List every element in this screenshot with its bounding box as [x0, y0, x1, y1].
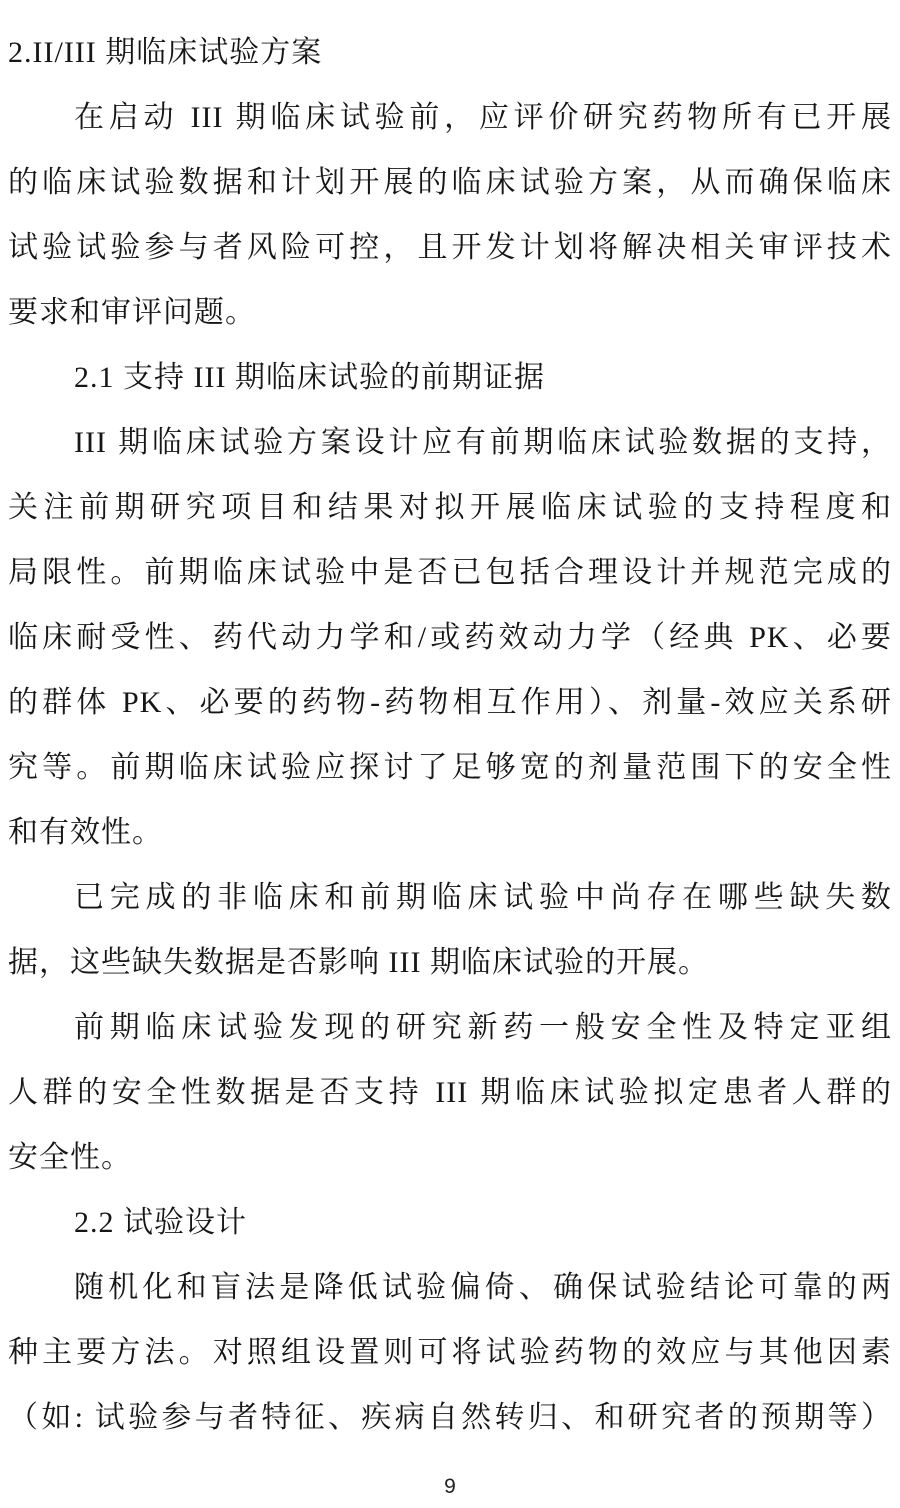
paragraph-line: 和有效性。: [8, 800, 892, 865]
paragraph-line: 的临床试验数据和计划开展的临床试验方案，从而确保临床: [8, 150, 892, 215]
paragraph-line: 安全性。: [8, 1125, 892, 1190]
paragraph-line: 据，这些缺失数据是否影响 III 期临床试验的开展。: [8, 930, 892, 995]
paragraph-line: 局限性。前期临床试验中是否已包括合理设计并规范完成的: [8, 540, 892, 605]
paragraph-line: III 期临床试验方案设计应有前期临床试验数据的支持，: [8, 410, 892, 475]
section-heading-2-2: 2.2 试验设计: [8, 1190, 892, 1255]
paragraph-line: 种主要方法。对照组设置则可将试验药物的效应与其他因素: [8, 1320, 892, 1385]
paragraph-line: 要求和审评问题。: [8, 280, 892, 345]
document-page: 2.II/III 期临床试验方案 在启动 III 期临床试验前，应评价研究药物所…: [0, 0, 900, 1508]
paragraph-line: 随机化和盲法是降低试验偏倚、确保试验结论可靠的两: [8, 1255, 892, 1320]
paragraph-line: 的群体 PK、必要的药物-药物相互作用）、剂量-效应关系研: [8, 670, 892, 735]
paragraph-line: 关注前期研究项目和结果对拟开展临床试验的支持程度和: [8, 475, 892, 540]
paragraph-line: （如: 试验参与者特征、疾病自然转归、和研究者的预期等）: [8, 1385, 892, 1450]
paragraph-line: 已完成的非临床和前期临床试验中尚存在哪些缺失数: [8, 865, 892, 930]
page-number: 9: [8, 1464, 892, 1508]
paragraph-line: 究等。前期临床试验应探讨了足够宽的剂量范围下的安全性: [8, 735, 892, 800]
section-heading-2: 2.II/III 期临床试验方案: [8, 20, 892, 85]
paragraph-line: 人群的安全性数据是否支持 III 期临床试验拟定患者人群的: [8, 1060, 892, 1125]
paragraph-line: 试验试验参与者风险可控，且开发计划将解决相关审评技术: [8, 215, 892, 280]
section-heading-2-1: 2.1 支持 III 期临床试验的前期证据: [8, 345, 892, 410]
paragraph-line: 前期临床试验发现的研究新药一般安全性及特定亚组: [8, 995, 892, 1060]
paragraph-line: 在启动 III 期临床试验前，应评价研究药物所有已开展: [8, 85, 892, 150]
paragraph-line: 临床耐受性、药代动力学和/或药效动力学（经典 PK、必要: [8, 605, 892, 670]
